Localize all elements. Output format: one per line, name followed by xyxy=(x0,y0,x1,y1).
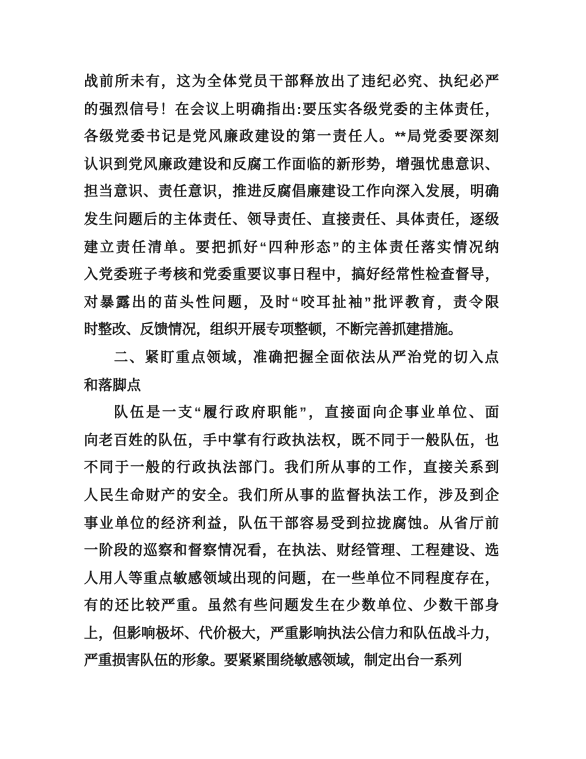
text-line: 向老百姓的队伍，手中掌有行政执法权，既不同于一般队伍，也 xyxy=(84,427,499,455)
text-line: 各级党委书记是党风廉政建设的第一责任人。**局党委要深刻 xyxy=(84,123,499,151)
text-line: 建立责任清单。要把抓好“四种形态”的主体责任落实情况纳 xyxy=(84,234,499,262)
text-line: 人用人等重点敏感领域出现的问题，在一些单位不同程度存在， xyxy=(84,565,499,593)
text-line: 时整改、反馈情况，组织开展专项整顿，不断完善抓建措施。 xyxy=(84,316,499,344)
text-line: 事业单位的经济利益，队伍干部容易受到拉拢腐蚀。从省厅前 xyxy=(84,510,499,538)
text-line: 一阶段的巡察和督察情况看，在执法、财经管理、工程建设、选 xyxy=(84,537,499,565)
text-line: 认识到党风廉政建设和反腐工作面临的新形势，增强忧患意识、 xyxy=(84,151,499,179)
text-line: 不同于一般的行政执法部门。我们所从事的工作，直接关系到 xyxy=(84,454,499,482)
text-line: 队伍是一支“履行政府职能”，直接面向企事业单位、面 xyxy=(84,399,499,427)
text-line: 上，但影响极坏、代价极大，严重影响执法公信力和队伍战斗力， xyxy=(84,620,499,648)
section-heading-line: 和落脚点 xyxy=(84,372,499,400)
document-page: 战前所未有，这为全体党员干部释放出了违纪必究、执纪必严 的强烈信号！在会议上明确… xyxy=(0,0,586,759)
text-line: 人民生命财产的安全。我们所从事的监督执法工作，涉及到企 xyxy=(84,482,499,510)
text-line: 战前所未有，这为全体党员干部释放出了违纪必究、执纪必严 xyxy=(84,68,499,96)
text-line: 入党委班子考核和党委重要议事日程中，搞好经常性检查督导， xyxy=(84,261,499,289)
text-line: 有的还比较严重。虽然有些问题发生在少数单位、少数干部身 xyxy=(84,592,499,620)
section-heading-line: 二、紧盯重点领域，准确把握全面依法从严治党的切入点 xyxy=(84,344,499,372)
text-line: 发生问题后的主体责任、领导责任、直接责任、具体责任，逐级 xyxy=(84,206,499,234)
document-text: 战前所未有，这为全体党员干部释放出了违纪必究、执纪必严 的强烈信号！在会议上明确… xyxy=(84,68,499,675)
text-line: 对暴露出的苗头性问题，及时“咬耳扯袖”批评教育，责令限 xyxy=(84,289,499,317)
text-line: 的强烈信号！在会议上明确指出:要压实各级党委的主体责任， xyxy=(84,96,499,124)
text-line: 严重损害队伍的形象。要紧紧围绕敏感领域，制定出台一系列 xyxy=(84,647,499,675)
text-line: 担当意识、责任意识，推进反腐倡廉建设工作向深入发展，明确 xyxy=(84,178,499,206)
